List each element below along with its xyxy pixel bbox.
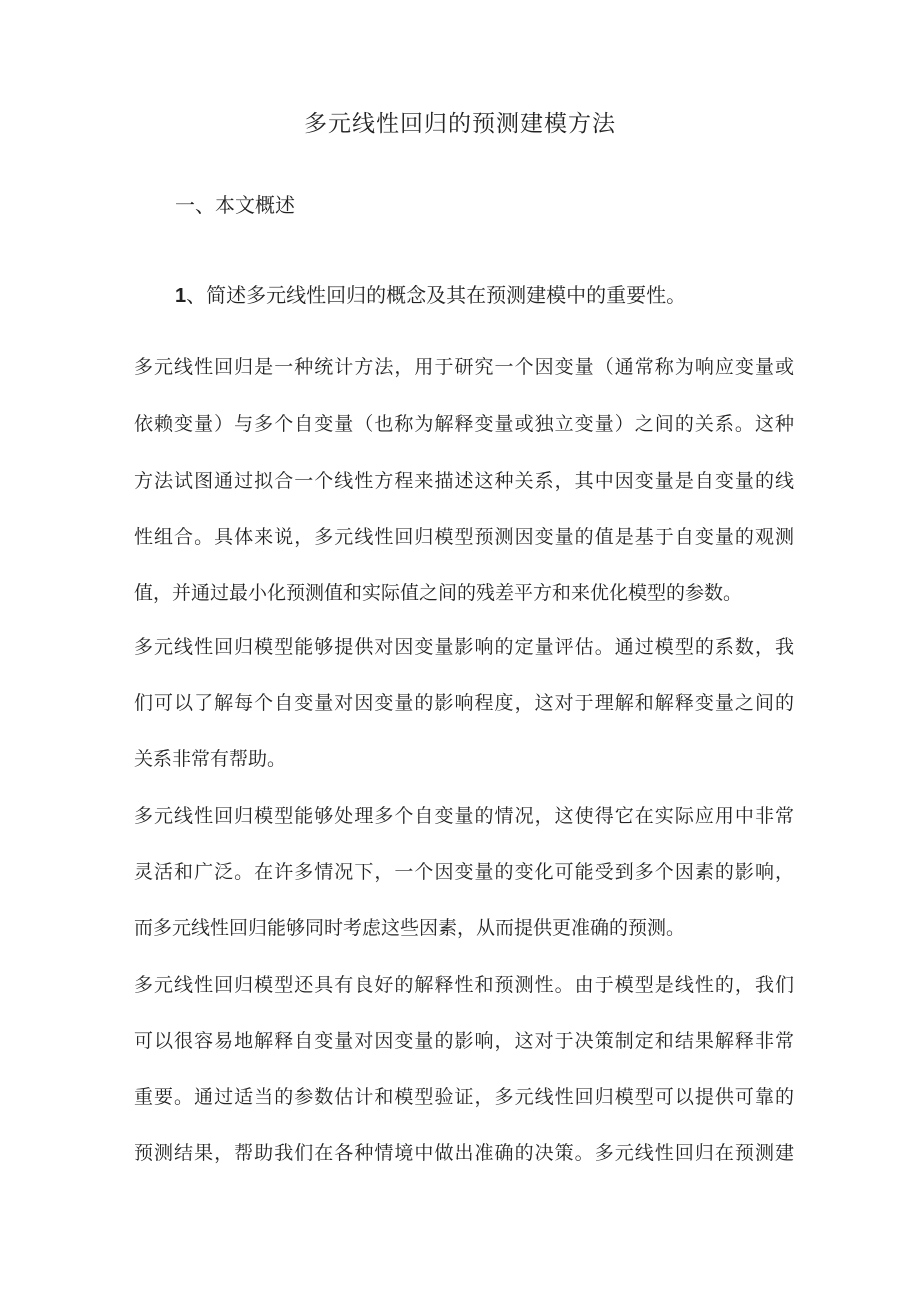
paragraph-line: 重要。通过适当的参数估计和模型验证，多元线性回归模型可以提供可靠的 (134, 1082, 794, 1112)
paragraph-line: 多元线性回归模型能够处理多个自变量的情况，这使得它在实际应用中非常 (134, 801, 794, 831)
paragraph-line: 多元线性回归是一种统计方法，用于研究一个因变量（通常称为响应变量或 (134, 352, 794, 382)
paragraph-line: 方法试图通过拟合一个线性方程来描述这种关系，其中因变量是自变量的线 (134, 466, 794, 496)
paragraph-line: 依赖变量）与多个自变量（也称为解释变量或独立变量）之间的关系。这种 (134, 409, 794, 439)
paragraph-line: 而多元线性回归能够同时考虑这些因素，从而提供更准确的预测。 (134, 913, 794, 943)
document-page: 多元线性回归的预测建模方法 一、本文概述 1、简述多元线性回归的概念及其在预测建… (0, 0, 920, 1301)
paragraph-line: 们可以了解每个自变量对因变量的影响程度，这对于理解和解释变量之间的 (134, 688, 794, 718)
paragraph-line: 关系非常有帮助。 (134, 744, 794, 774)
paragraph-line: 预测结果，帮助我们在各种情境中做出准确的决策。多元线性回归在预测建 (134, 1138, 794, 1168)
sub-heading-text: 、简述多元线性回归的概念及其在预测建模中的重要性。 (186, 283, 686, 307)
paragraph-line: 多元线性回归模型能够提供对因变量影响的定量评估。通过模型的系数，我 (134, 632, 794, 662)
section-heading: 一、本文概述 (175, 188, 295, 222)
document-title: 多元线性回归的预测建模方法 (0, 106, 920, 142)
paragraph-line: 灵活和广泛。在许多情况下，一个因变量的变化可能受到多个因素的影响， (134, 857, 794, 887)
sub-heading-number: 1 (175, 285, 186, 307)
paragraph-line: 多元线性回归模型还具有良好的解释性和预测性。由于模型是线性的，我们 (134, 970, 794, 1000)
paragraph-line: 值，并通过最小化预测值和实际值之间的残差平方和来优化模型的参数。 (134, 578, 794, 608)
paragraph-line: 性组合。具体来说，多元线性回归模型预测因变量的值是基于自变量的观测 (134, 522, 794, 552)
sub-heading: 1、简述多元线性回归的概念及其在预测建模中的重要性。 (175, 278, 686, 313)
paragraph-line: 可以很容易地解释自变量对因变量的影响，这对于决策制定和结果解释非常 (134, 1026, 794, 1056)
